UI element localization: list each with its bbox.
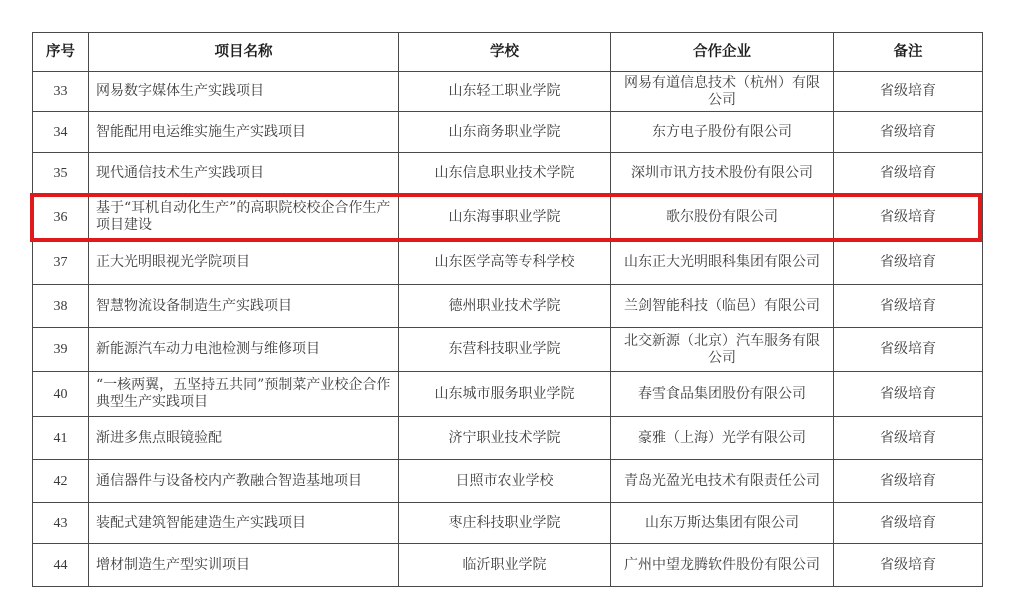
row-project-name: 渐进多焦点眼镜验配	[89, 417, 399, 460]
row-no: 37	[33, 240, 89, 285]
row-school: 山东海事职业学院	[399, 195, 611, 240]
header-school: 学校	[399, 33, 611, 72]
table-row: 39新能源汽车动力电池检测与维修项目东营科技职业学院北交新源（北京）汽车服务有限…	[33, 328, 983, 372]
row-partner-company: 歌尔股份有限公司	[611, 195, 834, 240]
row-school: 临沂职业学院	[399, 544, 611, 587]
row-note: 省级培育	[834, 503, 983, 544]
row-project-name: 增材制造生产型实训项目	[89, 544, 399, 587]
header-note: 备注	[834, 33, 983, 72]
row-partner-company: 青岛光盈光电技术有限责任公司	[611, 460, 834, 503]
row-partner-company: 北交新源（北京）汽车服务有限公司	[611, 328, 834, 372]
row-note: 省级培育	[834, 544, 983, 587]
row-note: 省级培育	[834, 112, 983, 153]
row-project-name: 通信器件与设备校内产教融合智造基地项目	[89, 460, 399, 503]
row-no: 42	[33, 460, 89, 503]
row-partner-company: 春雪食品集团股份有限公司	[611, 372, 834, 417]
table-row: 40“一核两翼，五坚持五共同”预制菜产业校企合作典型生产实践项目山东城市服务职业…	[33, 372, 983, 417]
row-no: 38	[33, 285, 89, 328]
row-note: 省级培育	[834, 153, 983, 195]
row-project-name: 智能配用电运维实施生产实践项目	[89, 112, 399, 153]
row-project-name: 基于“耳机自动化生产”的高职院校校企合作生产项目建设	[89, 195, 399, 240]
row-note: 省级培育	[834, 417, 983, 460]
table-row: 44增材制造生产型实训项目临沂职业学院广州中望龙腾软件股份有限公司省级培育	[33, 544, 983, 587]
row-school: 山东轻工职业学院	[399, 72, 611, 112]
row-school: 济宁职业技术学院	[399, 417, 611, 460]
row-no: 34	[33, 112, 89, 153]
row-no: 40	[33, 372, 89, 417]
table-row: 42通信器件与设备校内产教融合智造基地项目日照市农业学校青岛光盈光电技术有限责任…	[33, 460, 983, 503]
row-project-name: 装配式建筑智能建造生产实践项目	[89, 503, 399, 544]
row-note: 省级培育	[834, 195, 983, 240]
row-school: 山东城市服务职业学院	[399, 372, 611, 417]
row-no: 41	[33, 417, 89, 460]
row-school: 东营科技职业学院	[399, 328, 611, 372]
row-school: 德州职业技术学院	[399, 285, 611, 328]
table-row: 38智慧物流设备制造生产实践项目德州职业技术学院兰剑智能科技（临邑）有限公司省级…	[33, 285, 983, 328]
row-school: 日照市农业学校	[399, 460, 611, 503]
table-body: 33网易数字媒体生产实践项目山东轻工职业学院网易有道信息技术（杭州）有限公司省级…	[33, 72, 983, 587]
row-no: 43	[33, 503, 89, 544]
table-header-row: 序号 项目名称 学校 合作企业 备注	[33, 33, 983, 72]
row-project-name: 网易数字媒体生产实践项目	[89, 72, 399, 112]
table-row: 36基于“耳机自动化生产”的高职院校校企合作生产项目建设山东海事职业学院歌尔股份…	[33, 195, 983, 240]
table-row: 35现代通信技术生产实践项目山东信息职业技术学院深圳市讯方技术股份有限公司省级培…	[33, 153, 983, 195]
row-partner-company: 深圳市讯方技术股份有限公司	[611, 153, 834, 195]
row-note: 省级培育	[834, 72, 983, 112]
row-partner-company: 山东正大光明眼科集团有限公司	[611, 240, 834, 285]
row-partner-company: 山东万斯达集团有限公司	[611, 503, 834, 544]
row-no: 39	[33, 328, 89, 372]
table-row: 41渐进多焦点眼镜验配济宁职业技术学院豪雅（上海）光学有限公司省级培育	[33, 417, 983, 460]
row-project-name: 智慧物流设备制造生产实践项目	[89, 285, 399, 328]
row-note: 省级培育	[834, 240, 983, 285]
table-row: 43装配式建筑智能建造生产实践项目枣庄科技职业学院山东万斯达集团有限公司省级培育	[33, 503, 983, 544]
row-note: 省级培育	[834, 285, 983, 328]
row-partner-company: 豪雅（上海）光学有限公司	[611, 417, 834, 460]
project-list-table: 序号 项目名称 学校 合作企业 备注 33网易数字媒体生产实践项目山东轻工职业学…	[32, 32, 983, 587]
row-school: 山东信息职业技术学院	[399, 153, 611, 195]
table-row: 37正大光明眼视光学院项目山东医学高等专科学校山东正大光明眼科集团有限公司省级培…	[33, 240, 983, 285]
row-note: 省级培育	[834, 372, 983, 417]
table-row: 33网易数字媒体生产实践项目山东轻工职业学院网易有道信息技术（杭州）有限公司省级…	[33, 72, 983, 112]
row-project-name: 正大光明眼视光学院项目	[89, 240, 399, 285]
row-partner-company: 东方电子股份有限公司	[611, 112, 834, 153]
row-no: 33	[33, 72, 89, 112]
row-partner-company: 兰剑智能科技（临邑）有限公司	[611, 285, 834, 328]
row-project-name: 新能源汽车动力电池检测与维修项目	[89, 328, 399, 372]
header-no: 序号	[33, 33, 89, 72]
table-row: 34智能配用电运维实施生产实践项目山东商务职业学院东方电子股份有限公司省级培育	[33, 112, 983, 153]
row-school: 枣庄科技职业学院	[399, 503, 611, 544]
header-partner-company: 合作企业	[611, 33, 834, 72]
row-partner-company: 网易有道信息技术（杭州）有限公司	[611, 72, 834, 112]
row-note: 省级培育	[834, 328, 983, 372]
row-no: 36	[33, 195, 89, 240]
row-project-name: 现代通信技术生产实践项目	[89, 153, 399, 195]
row-no: 35	[33, 153, 89, 195]
row-school: 山东商务职业学院	[399, 112, 611, 153]
header-project-name: 项目名称	[89, 33, 399, 72]
row-school: 山东医学高等专科学校	[399, 240, 611, 285]
row-no: 44	[33, 544, 89, 587]
row-project-name: “一核两翼，五坚持五共同”预制菜产业校企合作典型生产实践项目	[89, 372, 399, 417]
row-note: 省级培育	[834, 460, 983, 503]
row-partner-company: 广州中望龙腾软件股份有限公司	[611, 544, 834, 587]
